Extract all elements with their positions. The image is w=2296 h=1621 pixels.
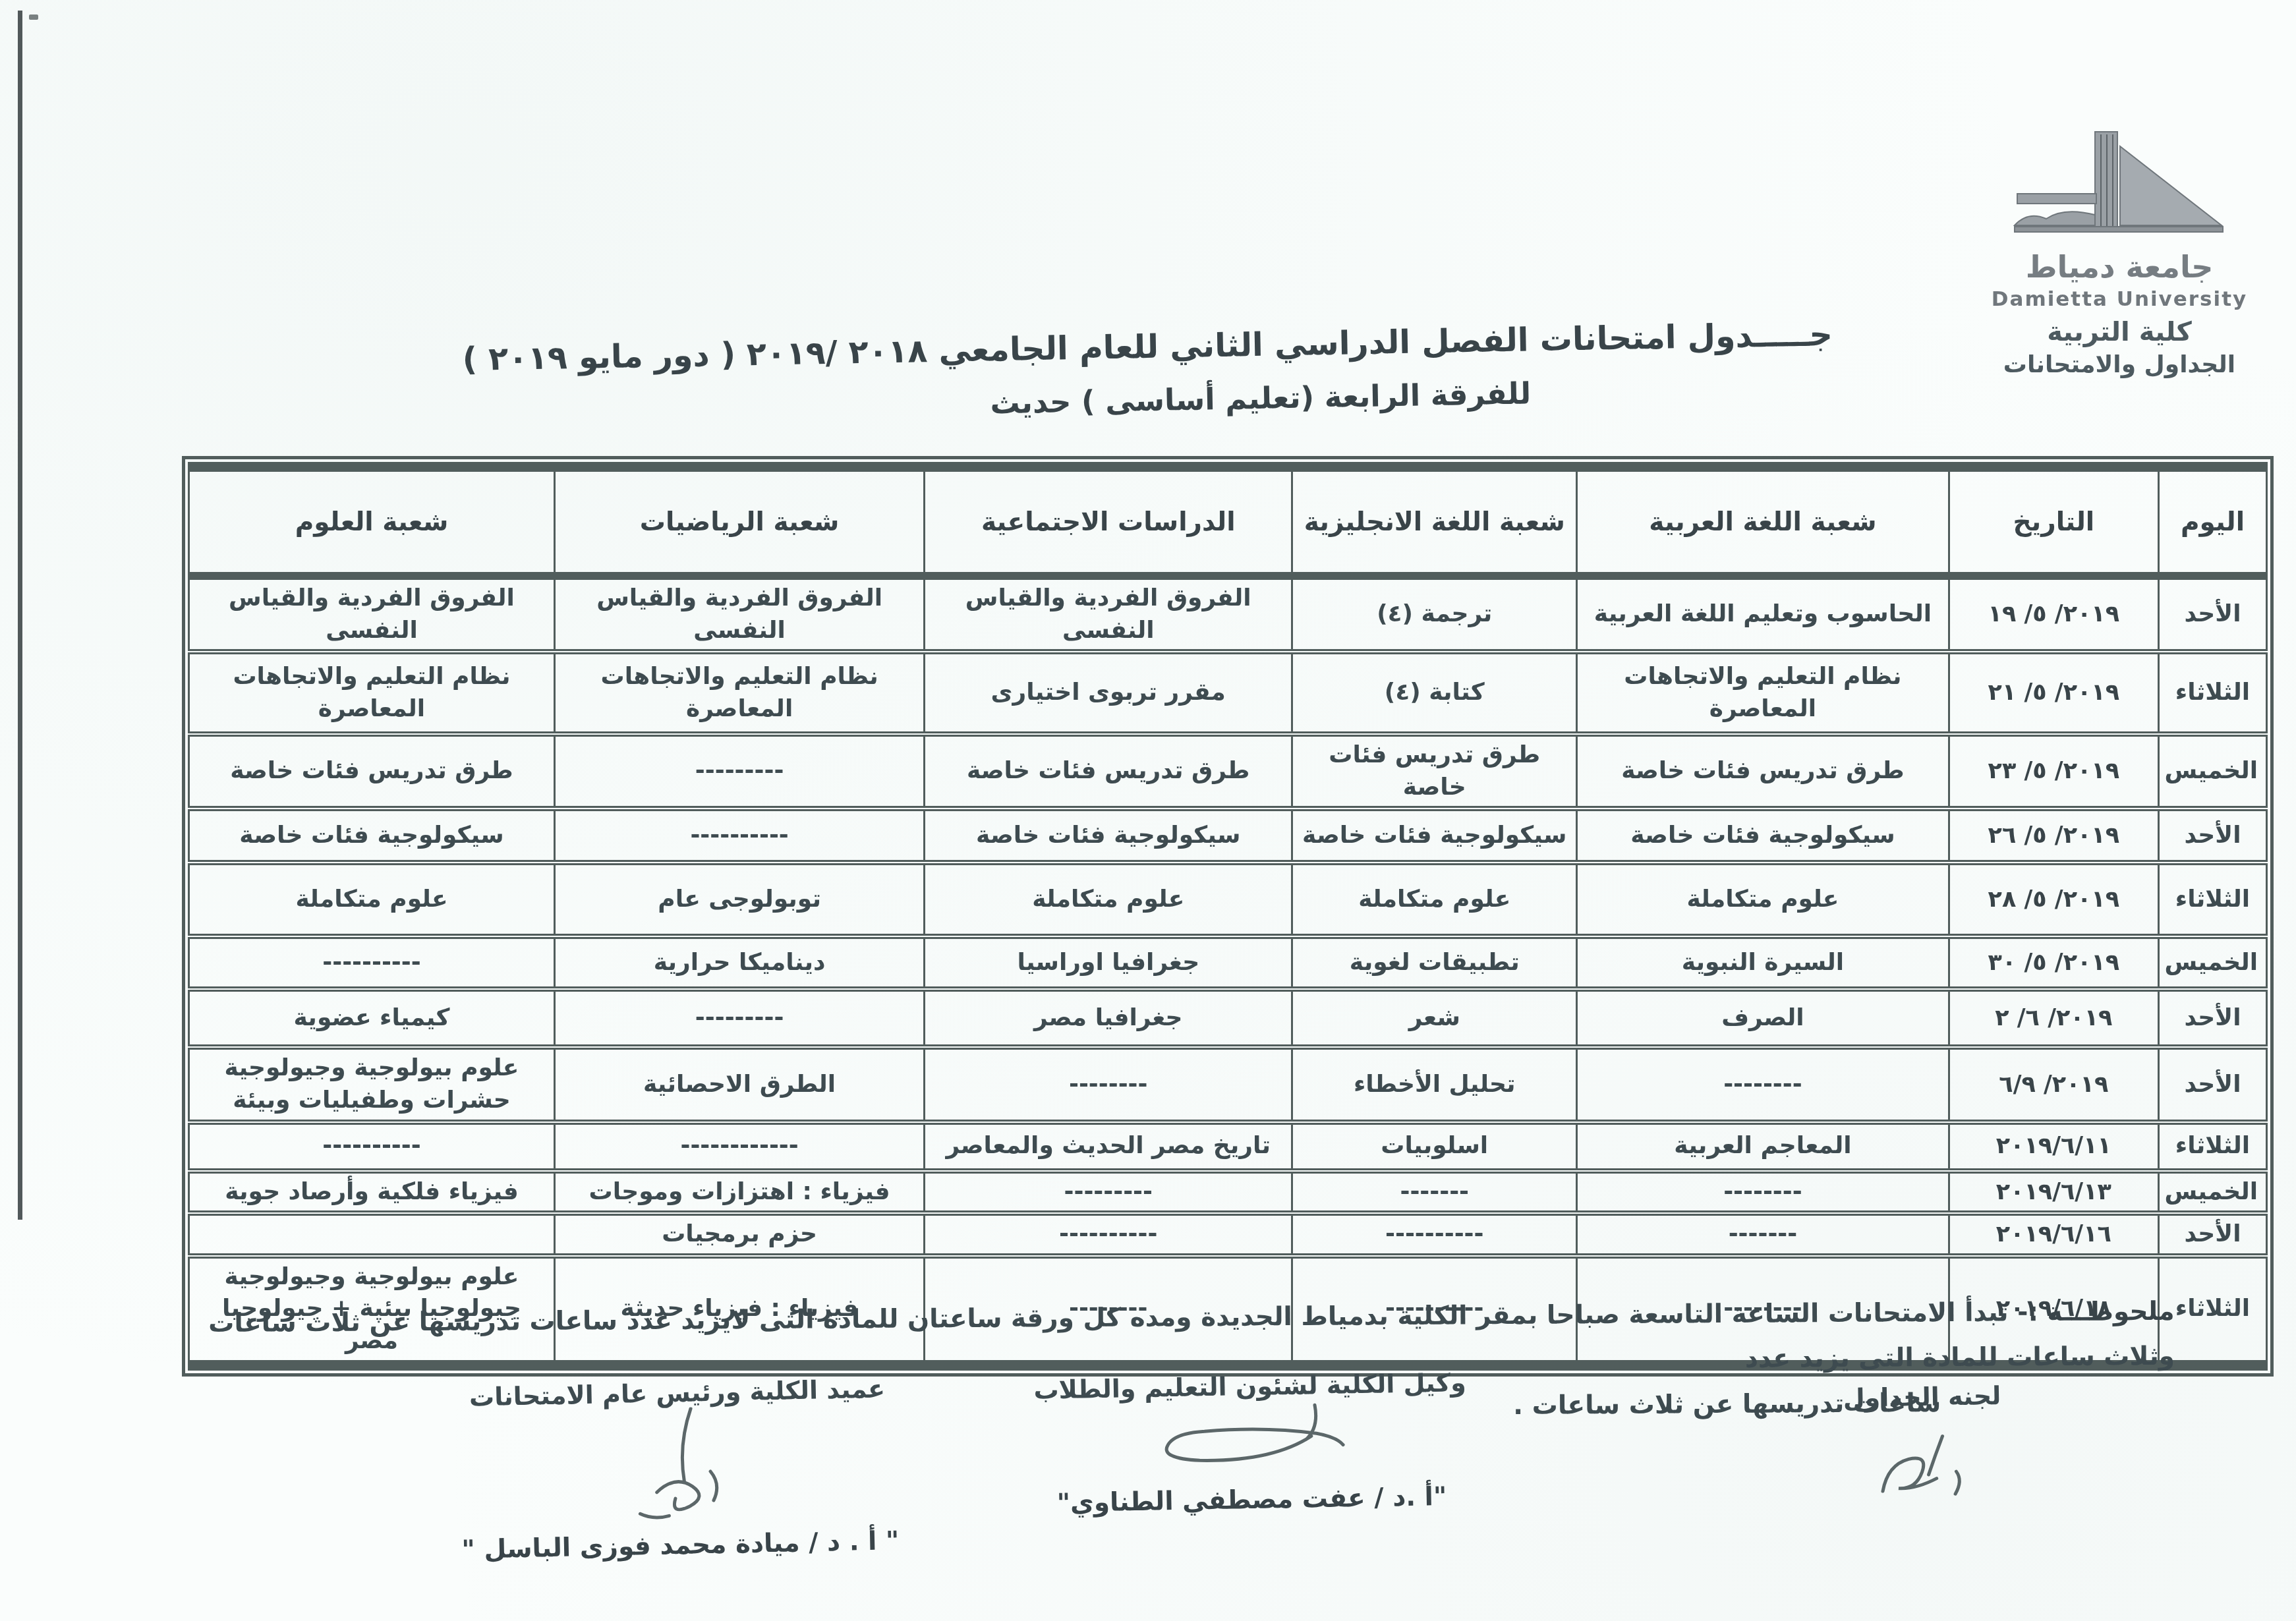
cell-math: فيزياء : اهتزازات وموجات [554,1171,924,1214]
exam-schedule-table-wrapper: اليوم التاريخ شعبة اللغة العربية شعبة ال… [182,456,2274,1377]
cell-date: ٢٠١٩/٦/١١ [1949,1122,2158,1171]
cell-english: ------- [1292,1171,1577,1214]
university-name-arabic: جامعة دمياط [1961,248,2278,287]
scanned-exam-schedule-page: جامعة دمياط Damietta University كلية الت… [0,0,2296,1621]
cell-arabic: علوم متكاملة [1577,863,1949,936]
cell-day: الأحد [2159,1213,2267,1256]
cell-english: تطبيقات لغوية [1292,936,1577,989]
col-header-math-section: شعبة الرياضيات [554,467,924,577]
cell-arabic: السيرة النبوية [1577,936,1949,989]
table-row: الأحد٢٠١٩/ ٦/٩--------تحليل الأخطاء-----… [189,1047,2267,1122]
cell-day: الثلاثاء [2159,1122,2267,1171]
cell-science: كيمياء عضوية [189,989,555,1047]
signature-block-schedules-committee: لجنه الجداول [1810,1380,2036,1525]
cell-date: ٢٠١٩/ ٥/ ٢٨ [1949,863,2158,936]
cell-arabic: -------- [1577,1047,1949,1122]
table-row: الخميس٢٠١٩/ ٥/ ٣٠السيرة النبويةتطبيقات ل… [189,936,2267,989]
signature-scribble-icon [1138,1399,1363,1482]
cell-science: نظام التعليم والاتجاهات المعاصرة [189,652,555,734]
signature-name: " أ . د / ميادة محمد فوزى الباسل " [423,1525,938,1566]
cell-social: طرق تدريس فئات خاصة [925,734,1292,809]
cell-social: -------- [925,1047,1292,1122]
cell-math: ---------- [554,809,924,863]
cell-math: حزم برمجيات [554,1213,924,1256]
table-row: الثلاثاء٢٠١٩/٦/١١المعاجم العربيةاسلوبيات… [189,1122,2267,1171]
cell-day: الثلاثاء [2159,652,2267,734]
university-building-icon [2011,127,2228,248]
scan-speck-artifact [29,14,38,20]
cell-date: ٢٠١٩/٦/١٦ [1949,1213,2158,1256]
cell-math: ديناميكا حرارية [554,936,924,989]
scan-edge-artifact [18,11,22,1220]
exam-schedule-table: اليوم التاريخ شعبة اللغة العربية شعبة ال… [188,462,2268,1371]
signature-name: "أ .د / عفت مصطفي الطناوي" [1021,1481,1483,1519]
cell-day: الأحد [2159,576,2267,652]
cell-math: نظام التعليم والاتجاهات المعاصرة [554,652,924,734]
col-header-date: التاريخ [1949,467,2158,577]
table-row: الأحد٢٠١٩/ ٥/ ٢٦سيكولوجية فئات خاصةسيكول… [189,809,2267,863]
cell-day: الثلاثاء [2159,863,2267,936]
signature-block-dean: عميد الكلية ورئيس عام الامتحانات " أ . د… [420,1373,938,1566]
cell-math: --------- [554,989,924,1047]
col-header-english-section: شعبة اللغة الانجليزية [1292,467,1577,577]
table-row: الأحد٢٠١٩/٦/١٦--------------------------… [189,1213,2267,1256]
cell-science: علوم متكاملة [189,863,555,936]
cell-arabic: -------- [1577,1171,1949,1214]
cell-day: الأحد [2159,989,2267,1047]
signature-scribble-icon [1843,1410,2003,1525]
cell-math: --------- [554,734,924,809]
university-name-english: Damietta University [1961,287,2278,312]
cell-date: ٢٠١٩/ ٦/٩ [1949,1047,2158,1122]
cell-arabic: سيكولوجية فئات خاصة [1577,809,1949,863]
signature-block-vice-dean: وكيل الكلية لشئون التعليم والطلاب "أ .د … [1019,1368,1483,1519]
cell-social: تاريخ مصر الحديث والمعاصر [925,1122,1292,1171]
document-header: جـــــدول امتحانات الفصل الدراسي الثاني … [111,309,2185,437]
cell-social: علوم متكاملة [925,863,1292,936]
table-row: الخميس٢٠١٩/٦/١٣------------------------ف… [189,1171,2267,1214]
cell-math: الطرق الاحصائية [554,1047,924,1122]
cell-math: ------------ [554,1122,924,1171]
cell-arabic: الحاسوب وتعليم اللغة العربية [1577,576,1949,652]
cell-social: مقرر تربوى اختيارى [925,652,1292,734]
col-header-arabic-section: شعبة اللغة العربية [1577,467,1949,577]
cell-science: علوم بيولوجية وجيولوجية حشرات وطفيليات و… [189,1047,555,1122]
cell-social: ---------- [925,1213,1292,1256]
table-row: الأحد٢٠١٩/ ٥/ ١٩الحاسوب وتعليم اللغة الع… [189,576,2267,652]
cell-english: طرق تدريس فئات خاصة [1292,734,1577,809]
cell-day: الأحد [2159,809,2267,863]
cell-science: ---------- [189,1122,555,1171]
col-header-day: اليوم [2159,467,2267,577]
cell-date: ٢٠١٩/٦/١٣ [1949,1171,2158,1214]
cell-date: ٢٠١٩/ ٦/ ٢ [1949,989,2158,1047]
cell-date: ٢٠١٩/ ٥/ ٣٠ [1949,936,2158,989]
cell-science: سيكولوجية فئات خاصة [189,809,555,863]
cell-arabic: الصرف [1577,989,1949,1047]
cell-science: ---------- [189,936,555,989]
cell-social: جغرافيا اوراسيا [925,936,1292,989]
cell-math: توبولوجى عام [554,863,924,936]
cell-english: اسلوبيات [1292,1122,1577,1171]
footnote-label: ملحوظـــة :- [2017,1297,2175,1327]
cell-science: الفروق الفردية والقياس النفسى [189,576,555,652]
cell-social: --------- [925,1171,1292,1214]
cell-english: سيكولوجية فئات خاصة [1292,809,1577,863]
cell-english: علوم متكاملة [1292,863,1577,936]
col-header-science-section: شعبة العلوم [189,467,555,577]
cell-day: الخميس [2159,734,2267,809]
cell-date: ٢٠١٩/ ٥/ ٢٣ [1949,734,2158,809]
cell-day: الأحد [2159,1047,2267,1122]
footnote-line1: تبدأ الامتحانات الساعة التاسعة صباحا بمق… [208,1297,2175,1374]
cell-arabic: المعاجم العربية [1577,1122,1949,1171]
cell-english: تحليل الأخطاء [1292,1047,1577,1122]
table-row: الأحد٢٠١٩/ ٦/ ٢الصرفشعرجغرافيا مصر------… [189,989,2267,1047]
cell-arabic: طرق تدريس فئات خاصة [1577,734,1949,809]
cell-math: الفروق الفردية والقياس النفسى [554,576,924,652]
cell-english: ---------- [1292,1213,1577,1256]
cell-social: سيكولوجية فئات خاصة [925,809,1292,863]
cell-date: ٢٠١٩/ ٥/ ٢١ [1949,652,2158,734]
table-row: الثلاثاء٢٠١٩/ ٥/ ٢١نظام التعليم والاتجاه… [189,652,2267,734]
cell-science: فيزياء فلكية وأرصاد جوية [189,1171,555,1214]
table-row: الثلاثاء٢٠١٩/ ٥/ ٢٨علوم متكاملةعلوم متكا… [189,863,2267,936]
cell-english: كتابة (٤) [1292,652,1577,734]
cell-social: جغرافيا مصر [925,989,1292,1047]
cell-day: الخميس [2159,1171,2267,1214]
table-header-row: اليوم التاريخ شعبة اللغة العربية شعبة ال… [189,467,2267,577]
exam-table-body: الأحد٢٠١٩/ ٥/ ١٩الحاسوب وتعليم اللغة الع… [189,576,2267,1365]
cell-science: طرق تدريس فئات خاصة [189,734,555,809]
cell-english: شعر [1292,989,1577,1047]
table-row: الخميس٢٠١٩/ ٥/ ٢٣طرق تدريس فئات خاصةطرق … [189,734,2267,809]
cell-english: ترجمة (٤) [1292,576,1577,652]
cell-day: الثلاثاء [2159,1256,2267,1365]
col-header-social-studies: الدراسات الاجتماعية [925,467,1292,577]
cell-day: الخميس [2159,936,2267,989]
signature-scribble-icon [592,1406,766,1531]
cell-date: ٢٠١٩/ ٥/ ٢٦ [1949,809,2158,863]
signature-title: لجنه الجداول [1810,1380,2034,1413]
cell-social: الفروق الفردية والقياس النفسى [925,576,1292,652]
cell-science [189,1213,555,1256]
cell-arabic: نظام التعليم والاتجاهات المعاصرة [1577,652,1949,734]
cell-date: ٢٠١٩/ ٥/ ١٩ [1949,576,2158,652]
cell-arabic: ------- [1577,1213,1949,1256]
